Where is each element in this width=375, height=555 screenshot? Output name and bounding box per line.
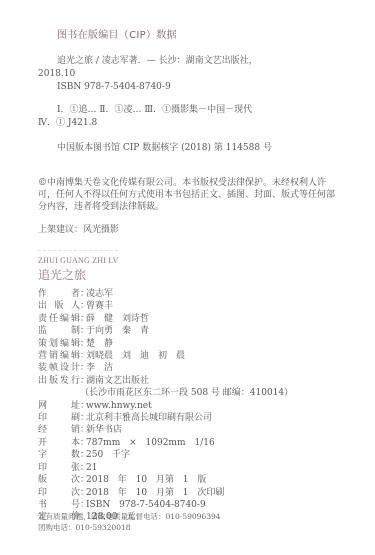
credit-value: ISBN 978-7-5404-8740-9 [86,499,206,511]
credit-value: 787mm × 1092mm 1/16 [86,437,215,449]
credit-row: 装帧设计：李 洁 [38,362,293,374]
credit-label: 营销编辑 [38,350,80,362]
credit-row: 营销编辑：刘晓晨 刘 迪 初 晨 [38,350,293,362]
credit-label: 版次 [38,474,80,486]
credit-value: 楚 静 [86,338,113,350]
credit-row: 作者：凌志军 [38,288,293,300]
credit-row: 监制：于向勇 秦 青 [38,325,293,337]
credit-row: 书号：ISBN 978-7-5404-8740-9 [38,499,293,511]
credit-label: 出版发行 [38,375,80,387]
credit-label: 责任编辑 [38,313,80,325]
shelf-suggestion: 上架建议：风光摄影 [38,222,119,235]
cip-classification: Ⅰ．①追… Ⅱ．①凌… Ⅲ．①摄影集－中国－现代 [57,105,252,116]
credit-label: 字数 [38,449,80,461]
book-title-pinyin: ZHUI GUANG ZHI LV [38,256,119,265]
credit-label: 装帧设计 [38,362,80,374]
credit-label: 印刷 [38,412,80,424]
credit-value: 于向勇 秦 青 [86,325,149,337]
cip-line-title: 追光之旅 / 凌志军著．— 长沙：湖南文艺出版社， [57,56,258,67]
credit-row: 出版人：曾赛丰 [38,300,293,312]
credit-value: 李 洁 [86,362,113,374]
credit-row: 策划编辑：楚 静 [38,338,293,350]
credit-value: 曾赛丰 [86,300,113,312]
credit-label: 印张 [38,462,80,474]
credit-value: 北京利丰雅高长城印刷有限公司 [86,412,212,424]
credit-value: 凌志军 [86,288,113,300]
credit-label: 印次 [38,487,80,499]
credit-row: 印刷：北京利丰雅高长城印刷有限公司 [38,412,293,424]
credit-row: 字数：250 千字 [38,449,293,461]
divider [38,250,118,251]
cip-isbn: ISBN 978-7-5404-8740-9 [57,82,171,93]
credit-value: 250 千字 [86,449,130,461]
credit-row: 开本：787mm × 1092mm 1/16 [38,437,293,449]
credit-label: 出版人 [38,300,80,312]
cip-verification: 中国版本图书馆 CIP 数据核字 (2018) 第 114588 号 [57,143,272,154]
credit-row: 网址：www.hnwy.net [38,400,293,412]
cip-line-date: 2018.10 [38,69,75,80]
footer-contacts: 若有质量问题，请致电质量监督电话：010-59096394 团购电话：010-5… [38,511,221,533]
credit-label: 经销 [38,424,80,436]
credit-label: 监制 [38,325,80,337]
credit-value: 薛 健 刘诗哲 [86,313,149,325]
website-value: www.hnwy.net [86,400,152,412]
publisher-address: （长沙市雨花区东二环一段 508 号 邮编：410014） [38,387,293,399]
credit-value: 2018 年 10 月第 1 版 [86,474,206,486]
credit-row: 印次：2018 年 10 月第 1 次印刷 [38,487,293,499]
credit-label: 书号 [38,499,80,511]
credit-row: 版次：2018 年 10 月第 1 版 [38,474,293,486]
cip-heading: 图书在版编目（CIP）数据 [57,26,177,41]
credit-row: 责任编辑：薛 健 刘诗哲 [38,313,293,325]
credit-value: 21 [86,462,97,474]
credit-value: 湖南文艺出版社 [86,375,149,387]
cip-classification-code: Ⅳ．① J421.8 [38,118,97,129]
credits-list: 作者：凌志军 出版人：曾赛丰 责任编辑：薛 健 刘诗哲 监制：于向勇 秦 青 策… [38,288,293,524]
credit-value: 新华书店 [86,424,122,436]
credit-row: 出版发行：湖南文艺出版社 [38,375,293,387]
credit-label: 网址 [38,400,80,412]
credit-row: 印张：21 [38,462,293,474]
quality-hotline: 若有质量问题，请致电质量监督电话：010-59096394 [38,511,221,522]
copyright-page: 图书在版编目（CIP）数据 追光之旅 / 凌志军著．— 长沙：湖南文艺出版社， … [0,0,375,555]
credit-row: 经销：新华书店 [38,424,293,436]
address-value: （长沙市雨花区东二环一段 508 号 邮编：410014） [80,387,293,399]
group-purchase-phone: 团购电话：010-59320018 [38,522,221,533]
credit-label: 开本 [38,437,80,449]
credit-value: 刘晓晨 刘 迪 初 晨 [86,350,185,362]
credit-value: 2018 年 10 月第 1 次印刷 [86,487,224,499]
credit-label: 作者 [38,288,80,300]
book-title: 追光之旅 [38,266,86,283]
copyright-notice: ©中南博集天卷文化传媒有限公司。本书版权受法律保护。未经权利人许可，任何人不得以… [38,177,338,213]
credit-label: 策划编辑 [38,338,80,350]
